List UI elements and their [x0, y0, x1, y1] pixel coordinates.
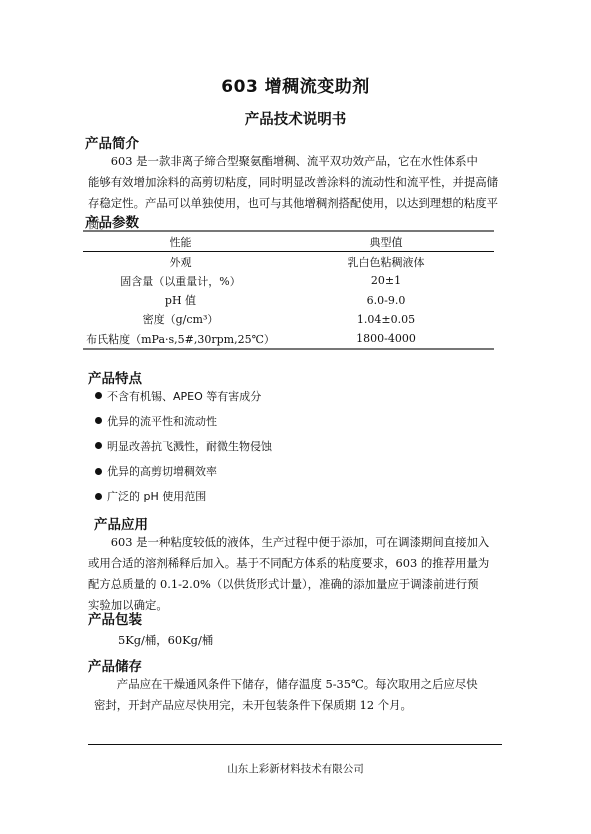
list-item: 优异的高剪切增稠效率	[95, 459, 272, 484]
intro-line: 603 是一款非离子缔合型聚氨酯增稠、流平双功效产品，它在水性体系中	[88, 151, 508, 172]
bullet-icon	[95, 442, 102, 449]
storage-heading: 产品储存	[88, 655, 142, 675]
value-cell: 20±1	[278, 271, 494, 290]
column-header-typical-value: 典型值	[278, 231, 494, 252]
property-cell: 固含量（以重量计，%）	[83, 271, 278, 290]
storage-paragraph: 产品应在干燥通风条件下储存，储存温度 5-35℃。每次取用之后应尽快 密封，开封…	[94, 674, 514, 716]
list-item: 优异的流平性和流动性	[95, 408, 272, 433]
list-item: 不含有机锡、APEO 等有害成分	[95, 383, 272, 408]
value-cell: 6.0-9.0	[278, 291, 494, 310]
bullet-icon	[95, 493, 102, 500]
application-heading: 产品应用	[94, 513, 148, 533]
footer-divider	[88, 744, 502, 745]
application-line: 配方总质量的 0.1-2.0%（以供货形式计量），准确的添加量应于调漆前进行预	[88, 574, 508, 595]
list-item: 明显改善抗飞溅性，耐微生物侵蚀	[95, 433, 272, 458]
bullet-icon	[95, 417, 102, 424]
property-cell: 布氏粘度（mPa·s,5#,30rpm,25℃）	[83, 329, 278, 349]
property-cell: 外观	[83, 252, 278, 272]
table-row: pH 值 6.0-9.0	[83, 291, 494, 310]
table-row: 密度（g/cm³） 1.04±0.05	[83, 310, 494, 329]
bullet-icon	[95, 392, 102, 399]
storage-line: 密封，开封产品应尽快用完，未开包装条件下保质期 12 个月。	[94, 695, 514, 716]
footer-company: 山东上彩新材料技术有限公司	[0, 761, 591, 776]
table-header-row: 性能 典型值	[83, 231, 494, 252]
params-heading: 产品参数	[85, 211, 139, 231]
features-list: 不含有机锡、APEO 等有害成分 优异的流平性和流动性 明显改善抗飞溅性，耐微生…	[95, 383, 272, 509]
packaging-text: 5Kg/桶，60Kg/桶	[118, 630, 213, 651]
value-cell: 乳白色粘稠液体	[278, 252, 494, 272]
intro-heading: 产品简介	[85, 132, 139, 152]
value-cell: 1.04±0.05	[278, 310, 494, 329]
application-line: 实验加以确定。	[88, 595, 508, 616]
params-table: 性能 典型值 外观 乳白色粘稠液体 固含量（以重量计，%） 20±1 pH 值 …	[83, 230, 494, 350]
property-cell: pH 值	[83, 291, 278, 310]
document-subtitle: 产品技术说明书	[0, 108, 591, 129]
storage-line: 产品应在干燥通风条件下储存，储存温度 5-35℃。每次取用之后应尽快	[94, 674, 514, 695]
column-header-property: 性能	[83, 231, 278, 252]
property-cell: 密度（g/cm³）	[83, 310, 278, 329]
table-row: 固含量（以重量计，%） 20±1	[83, 271, 494, 290]
value-cell: 1800-4000	[278, 329, 494, 349]
intro-paragraph: 603 是一款非离子缔合型聚氨酯增稠、流平双功效产品，它在水性体系中 能够有效增…	[88, 151, 508, 235]
application-paragraph: 603 是一种粘度较低的液体，生产过程中便于添加，可在调漆期间直接加入 或用合适…	[88, 532, 508, 616]
table-row: 外观 乳白色粘稠液体	[83, 252, 494, 272]
application-line: 603 是一种粘度较低的液体，生产过程中便于添加，可在调漆期间直接加入	[88, 532, 508, 553]
intro-line: 能够有效增加涂料的高剪切粘度，同时明显改善涂料的流动性和流平性，并提高储	[88, 172, 508, 193]
intro-line: 存稳定性。产品可以单独使用，也可与其他增稠剂搭配使用，以达到理想的粘度平衡。	[88, 193, 508, 235]
document-title: 603 增稠流变助剂	[0, 72, 591, 97]
table-row: 布氏粘度（mPa·s,5#,30rpm,25℃） 1800-4000	[83, 329, 494, 349]
bullet-icon	[95, 468, 102, 475]
application-line: 或用合适的溶剂稀释后加入。基于不同配方体系的粘度要求，603 的推荐用量为	[88, 553, 508, 574]
packaging-heading: 产品包装	[88, 608, 142, 628]
list-item: 广泛的 pH 使用范围	[95, 484, 272, 509]
